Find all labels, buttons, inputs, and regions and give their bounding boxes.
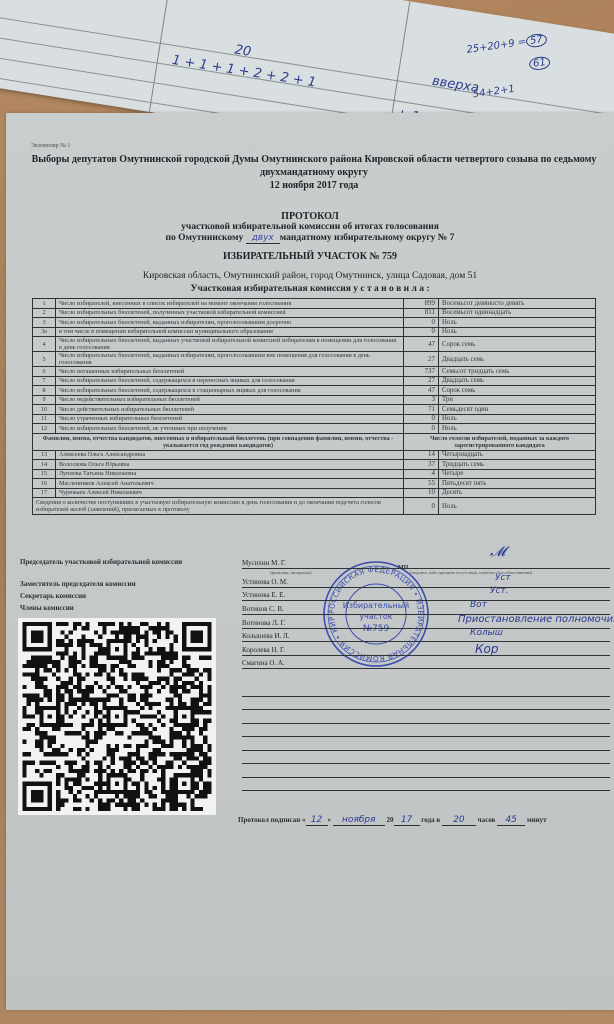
row-value-words: Ноль — [439, 327, 596, 337]
margin-calc: 54+2+1 — [472, 84, 515, 101]
blank-signature-line — [242, 763, 610, 764]
signed-year-prefix: 20 — [387, 816, 394, 824]
commission-member: Колышева И. Л. — [242, 631, 610, 642]
row-value-words: Сорок семь — [439, 337, 596, 352]
row-value-words: Двадцать семь — [439, 352, 596, 367]
row-value: 47 — [404, 386, 439, 396]
protocol-signed-line: Протокол подписан «12» ноября 2017 года … — [238, 815, 547, 826]
table-row: 10Число действительных избирательных бюл… — [33, 405, 596, 415]
protocol-heading: ПРОТОКОЛ участковой избирательной комисс… — [6, 211, 614, 244]
row-label: Число действительных избирательных бюлле… — [56, 405, 404, 415]
signed-hours-label: часов — [478, 816, 496, 824]
row-number: 4 — [33, 337, 56, 352]
blank-signature-line — [242, 750, 610, 751]
row-value-words: Ноль — [439, 424, 596, 434]
member-signature: Колыш — [470, 628, 503, 638]
chair-role: Председатель участковой избирательной ко… — [20, 558, 182, 566]
row-value-words: Ноль — [439, 318, 596, 328]
table-row: 7Число избирательных бюллетеней, содержа… — [33, 376, 596, 386]
table-row: 5Число избирательных бюллетеней, выданны… — [33, 352, 596, 367]
member-note-signature: Приостановление полномочий — [458, 614, 614, 625]
chair-name: Мусихин М. Г. — [242, 558, 610, 569]
table-row: 12Число избирательных бюллетеней, не учт… — [33, 424, 596, 434]
row-value: 737 — [404, 367, 439, 377]
row-value-words: Двадцать семь — [439, 376, 596, 386]
commission-member: Королева Н. Г. — [242, 645, 610, 656]
table-row: 8Число избирательных бюллетеней, содержа… — [33, 386, 596, 396]
row-number: 11 — [33, 414, 56, 424]
signed-year: 17 — [394, 815, 420, 826]
candidates-header-left: Фамилии, имена, отчества кандидатов, вне… — [33, 433, 404, 450]
member-signature: Кор — [475, 642, 498, 656]
secretary-role: Секретарь комиссии — [20, 592, 86, 600]
deputy-name-text: Устинова О. М. — [242, 578, 288, 586]
row-number: 12 — [33, 424, 56, 434]
row-number: 9 — [33, 395, 56, 405]
candidates-header-row: Фамилии, имена, отчества кандидатов, вне… — [33, 433, 596, 450]
row-label: Число избирательных бюллетеней, выданных… — [56, 352, 404, 367]
table-row: 11Число утраченных избирательных бюллете… — [33, 414, 596, 424]
row-label: Число избирательных бюллетеней, выданных… — [56, 337, 404, 352]
chair-name-text: Мусихин М. Г. — [242, 559, 286, 567]
complaints-label: Сведения о количестве поступивших в учас… — [33, 498, 404, 515]
row-number: 17 — [33, 488, 56, 498]
stamp-place-label: МП — [398, 565, 408, 571]
row-value: 47 — [404, 337, 439, 352]
candidate-name: Лупнова Татьяна Николаевна — [56, 469, 404, 479]
district-handwritten: двух — [246, 233, 280, 244]
election-title: Выборы депутатов Омутнинской городской Д… — [26, 153, 602, 192]
row-number: 2 — [33, 308, 56, 318]
candidate-row: 13Алексеева Ольга Александровна14Четырна… — [33, 450, 596, 460]
row-value: 0 — [404, 318, 439, 328]
commission-member: Смагина О. А. — [242, 658, 610, 669]
candidate-row: 17Чурюкаев Алексей Николаевич10Десять — [33, 488, 596, 498]
row-label: Число избирательных бюллетеней, содержащ… — [56, 376, 404, 386]
candidate-row: 16Масленников Алексей Анатольевич55Пятьд… — [33, 479, 596, 489]
candidate-votes: 55 — [404, 479, 439, 489]
signed-minutes-label: минут — [527, 816, 547, 824]
signed-day: 12 — [306, 815, 328, 826]
row-label: Число погашенных избирательных бюллетене… — [56, 367, 404, 377]
candidate-name: Чурюкаев Алексей Николаевич — [56, 488, 404, 498]
row-number: 16 — [33, 479, 56, 489]
candidate-row: 15Лупнова Татьяна Николаевна4Четыре — [33, 469, 596, 479]
candidate-votes-words: Тридцать семь — [439, 460, 596, 470]
blank-signature-line — [242, 777, 610, 778]
signed-prefix: Протокол подписан « — [238, 816, 306, 824]
member-signature: Вот — [470, 600, 487, 610]
complaints-value: 0 — [404, 498, 439, 515]
deputy-name: Устинова О. М. — [242, 577, 610, 588]
row-value: 71 — [404, 405, 439, 415]
row-number: 3а — [33, 327, 56, 337]
signed-mid: » — [328, 816, 332, 824]
row-label: Число избирателей, внесенных в список из… — [56, 299, 404, 309]
row-value-words: Сорок семь — [439, 386, 596, 396]
candidate-votes: 37 — [404, 460, 439, 470]
row-value: 0 — [404, 424, 439, 434]
signed-at: года в — [421, 816, 440, 824]
signed-month: ноября — [333, 815, 385, 826]
deputy-role: Заместитель председателя комиссии — [20, 580, 136, 588]
candidate-name: Алексеева Ольга Александровна — [56, 450, 404, 460]
row-number: 7 — [33, 376, 56, 386]
row-number: 8 — [33, 386, 56, 396]
election-date: 12 ноября 2017 года — [26, 179, 602, 192]
candidate-votes-words: Четырнадцать — [439, 450, 596, 460]
complaints-row: Сведения о количестве поступивших в учас… — [33, 498, 596, 515]
row-number: 13 — [33, 450, 56, 460]
row-number: 5 — [33, 352, 56, 367]
margin-circled: 57 — [525, 33, 547, 49]
margin-notes: 25+20+9 =57 61 54+2+1 — [466, 33, 555, 111]
row-value-words: Восемьсот девяносто девять — [439, 299, 596, 309]
table-row: 6Число погашенных избирательных бюллетен… — [33, 367, 596, 377]
row-value: 0 — [404, 327, 439, 337]
name-sublabel: (фамилия, инициалы) — [270, 570, 312, 575]
district-suffix: мандатному избирательному округу № 7 — [280, 233, 455, 243]
candidate-votes: 10 — [404, 488, 439, 498]
district-line: по Омутнинскому двухмандатному избирател… — [6, 233, 614, 244]
candidates-header-right: Число голосов избирателей, поданных за к… — [404, 433, 596, 450]
blank-signature-line — [242, 723, 610, 724]
election-title-text: Выборы депутатов Омутнинской городской Д… — [26, 153, 602, 179]
row-label: Число избирательных бюллетеней, выданных… — [56, 318, 404, 328]
complaints-words: Ноль — [439, 498, 596, 515]
blank-signature-line — [242, 709, 610, 710]
row-label: Число утраченных избирательных бюллетене… — [56, 414, 404, 424]
table-row: 1Число избирателей, внесенных в список и… — [33, 299, 596, 309]
row-value-words: Семьдесят один — [439, 405, 596, 415]
candidate-row: 14Волоскова Ольга Юрьевна37Тридцать семь — [33, 460, 596, 470]
district-prefix: по Омутнинскому — [166, 233, 244, 243]
notebook-cell: 20 — [233, 43, 252, 60]
deputy-signature: Уст — [495, 573, 511, 583]
chair-signature: 𝓜 — [490, 544, 506, 560]
secretary-name: Устинова Е. Е. — [242, 590, 610, 601]
row-label: в том числе в помещении избирательной ко… — [56, 327, 404, 337]
row-number: 14 — [33, 460, 56, 470]
precinct-title: ИЗБИРАТЕЛЬНЫЙ УЧАСТОК № 759 — [6, 251, 614, 262]
row-number: 15 — [33, 469, 56, 479]
table-row: 9Число недействительных избирательных бю… — [33, 395, 596, 405]
row-value: 3 — [404, 395, 439, 405]
blank-signature-line — [242, 736, 610, 737]
blank-signature-line — [242, 790, 610, 791]
row-label: Число избирательных бюллетеней, не учтен… — [56, 424, 404, 434]
row-value-words: Восемьсот одиннадцать — [439, 308, 596, 318]
row-number: 3 — [33, 318, 56, 328]
precinct-address: Кировская область, Омутнинский район, го… — [6, 271, 614, 281]
candidate-name: Масленников Алексей Анатольевич — [56, 479, 404, 489]
margin-circled: 61 — [528, 55, 550, 71]
signed-hour: 20 — [442, 815, 476, 826]
row-value: 811 — [404, 308, 439, 318]
candidate-name: Волоскова Ольга Юрьевна — [56, 460, 404, 470]
table-row: 3ав том числе в помещении избирательной … — [33, 327, 596, 337]
table-row: 3Число избирательных бюллетеней, выданны… — [33, 318, 596, 328]
row-value: 0 — [404, 414, 439, 424]
signatures-section: Председатель участковой избирательной ко… — [20, 558, 605, 798]
row-value-words: Семьсот тридцать семь — [439, 367, 596, 377]
protocol-page: Экземпляр № 1 Выборы депутатов Омутнинск… — [6, 113, 614, 1010]
protocol-title: ПРОТОКОЛ — [6, 211, 614, 222]
row-number: 6 — [33, 367, 56, 377]
members-role: Члены комиссии — [20, 604, 74, 612]
candidate-votes-words: Четыре — [439, 469, 596, 479]
signature-sublabel: (подпись либо причина отсутствия, отметк… — [410, 570, 532, 575]
row-label: Число избирательных бюллетеней, содержащ… — [56, 386, 404, 396]
results-table: 1Число избирателей, внесенных в список и… — [32, 298, 596, 515]
row-number: 1 — [33, 299, 56, 309]
candidate-votes-words: Пятьдесят пять — [439, 479, 596, 489]
row-number: 10 — [33, 405, 56, 415]
row-label: Число недействительных избирательных бюл… — [56, 395, 404, 405]
row-value: 27 — [404, 352, 439, 367]
row-value: 27 — [404, 376, 439, 386]
signed-minute: 45 — [497, 815, 525, 826]
commission-established: Участковая избирательная комиссия у с т … — [6, 284, 614, 294]
row-value-words: Три — [439, 395, 596, 405]
row-value-words: Ноль — [439, 414, 596, 424]
candidate-votes: 14 — [404, 450, 439, 460]
row-label: Число избирательных бюллетеней, полученн… — [56, 308, 404, 318]
blank-signature-line — [242, 696, 610, 697]
row-value: 899 — [404, 299, 439, 309]
protocol-subtitle: участковой избирательной комиссии об ито… — [6, 222, 614, 233]
secretary-name-text: Устинова Е. Е. — [242, 591, 285, 599]
candidate-votes: 4 — [404, 469, 439, 479]
table-row: 4Число избирательных бюллетеней, выданны… — [33, 337, 596, 352]
copy-label: Экземпляр № 1 — [31, 143, 70, 149]
candidate-votes-words: Десять — [439, 488, 596, 498]
table-row: 2Число избирательных бюллетеней, получен… — [33, 308, 596, 318]
secretary-signature: Уст. — [490, 586, 509, 596]
